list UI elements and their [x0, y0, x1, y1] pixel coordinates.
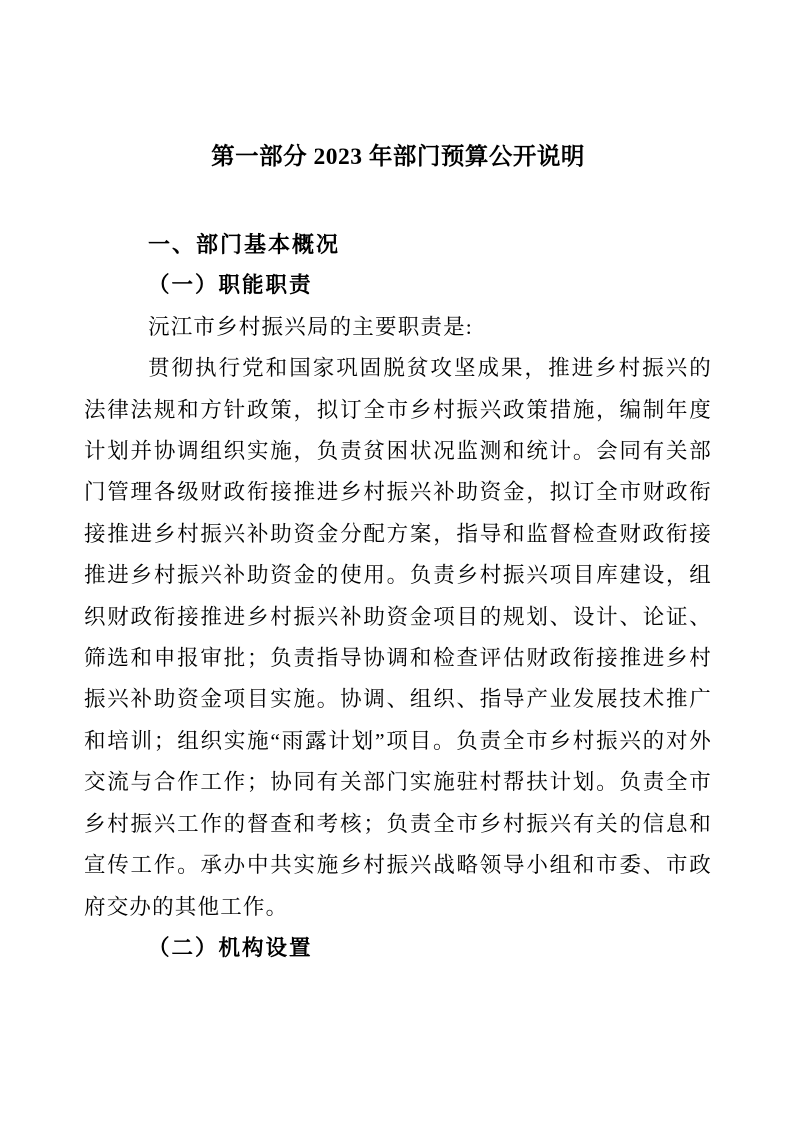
document-title: 第一部分 2023 年部门预算公开说明: [84, 140, 712, 174]
document-page: 第一部分 2023 年部门预算公开说明 一、部门基本概况 （一）职能职责 沅江市…: [0, 0, 793, 1122]
subsection-heading-duties: （一）职能职责: [84, 265, 712, 306]
document-body: 一、部门基本概况 （一）职能职责 沅江市乡村振兴局的主要职责是: 贯彻执行党和国…: [84, 224, 712, 969]
subsection-heading-organization: （二）机构设置: [84, 928, 712, 969]
paragraph-duties-intro: 沅江市乡村振兴局的主要职责是:: [84, 307, 712, 348]
paragraph-duties-detail: 贯彻执行党和国家巩固脱贫攻坚成果，推进乡村振兴的法律法规和方针政策，拟订全市乡村…: [84, 348, 712, 928]
section-heading-department-overview: 一、部门基本概况: [84, 224, 712, 265]
